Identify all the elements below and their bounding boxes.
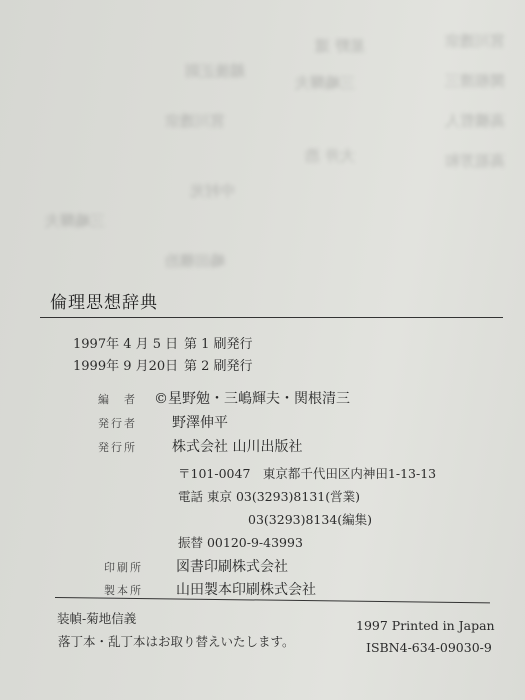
isbn: ISBN4-634-09030-9: [366, 640, 492, 655]
edition-1-date: 1997年 4 月 5 日: [73, 333, 178, 352]
divider-top: [40, 317, 503, 318]
publisher-person: 野澤伸平: [172, 412, 228, 432]
printed-in: 1997 Printed in Japan: [356, 618, 495, 633]
edition-2-date: 1999年 9 月20日: [73, 355, 178, 374]
phone-sales: 電話 東京 03(3293)8131(営業): [178, 487, 360, 505]
phone-editorial: 03(3293)8134(編集): [248, 510, 372, 528]
publisher: 株式会社 山川出版社: [172, 436, 302, 456]
publisher-person-label: 発行者: [98, 415, 137, 431]
binder-label: 製本所: [104, 582, 143, 598]
printer-label: 印刷所: [104, 559, 143, 575]
editors: ©星野勉・三嶋輝夫・関根清三: [154, 388, 350, 408]
printer: 図書印刷株式会社: [176, 556, 288, 576]
editors-label: 編 者: [98, 391, 137, 407]
transfer-account: 振替 00120-9-43993: [178, 533, 303, 551]
page-show-through: 宮川透宗 星野 道 関根清三 三嶋輝夫 高橋哲人 大井 浩 高祖芳和 越後正則 …: [0, 0, 525, 290]
edition-1-print: 第 1 刷発行: [184, 333, 253, 352]
cover-design: 装幀-菊地信義: [57, 609, 136, 627]
edition-2-print: 第 2 刷発行: [184, 355, 253, 374]
address: 〒101-0047 東京都千代田区内神田1-13-13: [178, 464, 436, 482]
book-title: 倫理思想辞典: [50, 288, 158, 313]
replacement-notice: 落丁本・乱丁本はお取り替えいたします。: [58, 632, 295, 650]
publisher-label: 発行所: [98, 439, 137, 455]
binder: 山田製本印刷株式会社: [176, 579, 316, 599]
